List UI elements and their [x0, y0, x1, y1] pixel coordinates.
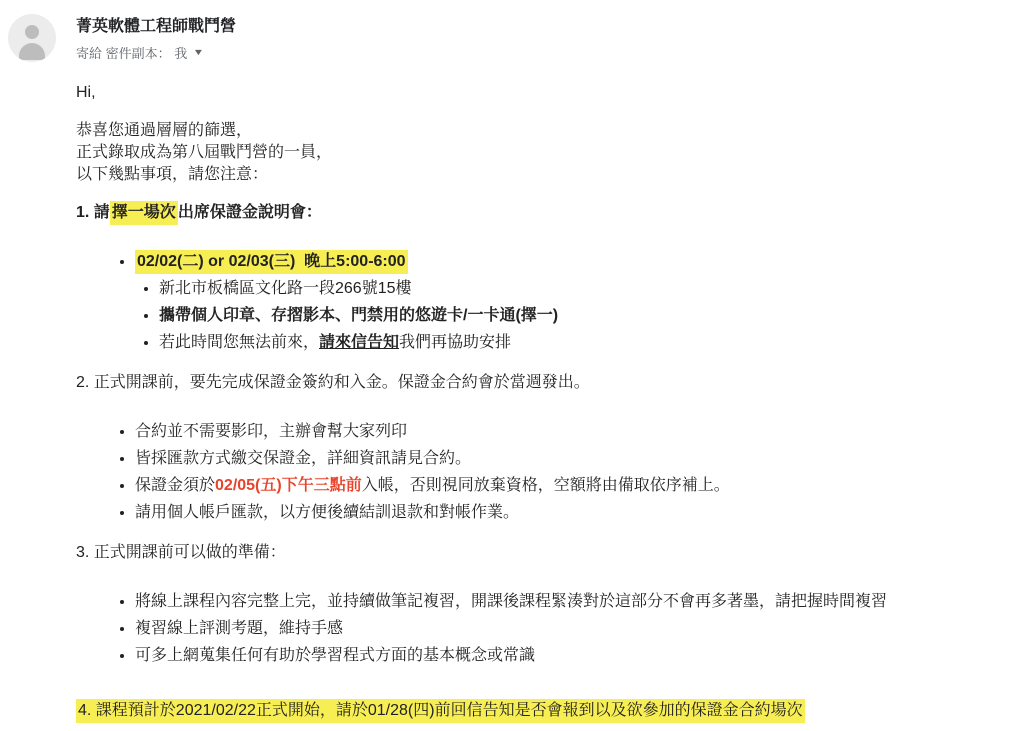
- deposit-list: 合約並不需要影印，主辦會幫大家列印 皆採匯款方式繳交保證金，詳細資訊請見合約。 …: [76, 418, 1000, 526]
- deadline-suffix: 入帳，否則視同放棄資格，空額將由備取依序補上。: [362, 477, 730, 494]
- session-list: 02/02(二) or 02/03(三) 晚上5:00-6:00 新北市板橋區文…: [76, 248, 1000, 356]
- item-1-prefix: 1. 請: [76, 204, 110, 221]
- item-3-heading: 3. 正式開課前可以做的準備：: [76, 542, 1000, 564]
- list-item: 合約並不需要影印，主辦會幫大家列印: [135, 418, 1000, 445]
- sender-name: 菁英軟體工程師戰鬥營: [76, 17, 236, 37]
- email-body: Hi, 恭喜您通過層層的篩選， 正式錄取成為第八屆戰鬥營的一員， 以下幾點事項，…: [0, 62, 1024, 725]
- list-item: 攜帶個人印章、存摺影本、門禁用的悠遊卡/一卡通(擇一): [159, 302, 1000, 329]
- show-details-icon[interactable]: ▼: [193, 48, 205, 57]
- preparation-list: 將線上課程內容完整上完，並持續做筆記複習，開課後課程緊湊對於這部分不會再多著墨，…: [76, 588, 1000, 669]
- list-item: 可多上網蒐集任何有助於學習程式方面的基本概念或常識: [135, 642, 1000, 669]
- intro-paragraph: 恭喜您通過層層的篩選， 正式錄取成為第八屆戰鬥營的一員， 以下幾點事項，請您注意…: [76, 120, 1000, 186]
- cannot-attend-suffix: 我們再協助安排: [399, 334, 511, 351]
- session-sublist: 新北市板橋區文化路一段266號15樓 攜帶個人印章、存摺影本、門禁用的悠遊卡/一…: [135, 275, 1000, 356]
- item-2-heading: 2. 正式開課前，要先完成保證金簽約和入金。保證金合約會於當週發出。: [76, 372, 1000, 394]
- avatar: [8, 14, 56, 62]
- reply-email-emphasis: 請來信告知: [319, 334, 399, 351]
- sender-block: 菁英軟體工程師戰鬥營 寄給 密件副本： 我 ▼: [76, 14, 236, 62]
- list-item: 新北市板橋區文化路一段266號15樓: [159, 275, 1000, 302]
- list-item: 請用個人帳戶匯款，以方便後續結訓退款和對帳作業。: [135, 499, 1000, 526]
- intro-line: 恭喜您通過層層的篩選，: [76, 120, 1000, 142]
- deadline-prefix: 保證金須於: [135, 477, 215, 494]
- list-item: 皆採匯款方式繳交保證金，詳細資訊請見合約。: [135, 445, 1000, 472]
- deadline-red-text: 02/05(五)下午三點前: [215, 477, 362, 494]
- intro-line: 以下幾點事項，請您注意：: [76, 164, 1000, 186]
- list-item: 保證金須於02/05(五)下午三點前入帳，否則視同放棄資格，空額將由備取依序補上…: [135, 472, 1000, 499]
- item-4-heading: 4. 課程預計於2021/02/22正式開始，請於01/28(四)前回信告知是否…: [76, 697, 1000, 725]
- final-notice-highlight: 4. 課程預計於2021/02/22正式開始，請於01/28(四)前回信告知是否…: [76, 699, 805, 723]
- list-item: 若此時間您無法前來，請來信告知我們再協助安排: [159, 329, 1000, 356]
- choose-session-highlight: 擇一場次: [110, 201, 178, 225]
- list-item: 將線上課程內容完整上完，並持續做筆記複習，開課後課程緊湊對於這部分不會再多著墨，…: [135, 588, 1000, 615]
- session-dates-highlight: 02/02(二) or 02/03(三) 晚上5:00-6:00: [135, 250, 408, 274]
- item-1-suffix: 出席保證金說明會：: [178, 204, 322, 221]
- intro-line: 正式錄取成為第八屆戰鬥營的一員，: [76, 142, 1000, 164]
- greeting-text: Hi,: [76, 82, 1000, 104]
- recipient-label: 寄給 密件副本： 我: [76, 43, 187, 62]
- recipient-line[interactable]: 寄給 密件副本： 我 ▼: [76, 43, 236, 62]
- cannot-attend-prefix: 若此時間您無法前來，: [159, 334, 319, 351]
- list-item: 02/02(二) or 02/03(三) 晚上5:00-6:00 新北市板橋區文…: [135, 248, 1000, 356]
- list-item: 複習線上評測考題，維持手感: [135, 615, 1000, 642]
- item-1-heading: 1. 請擇一場次出席保證金說明會：: [76, 202, 1000, 224]
- email-header: 菁英軟體工程師戰鬥營 寄給 密件副本： 我 ▼: [0, 0, 1024, 62]
